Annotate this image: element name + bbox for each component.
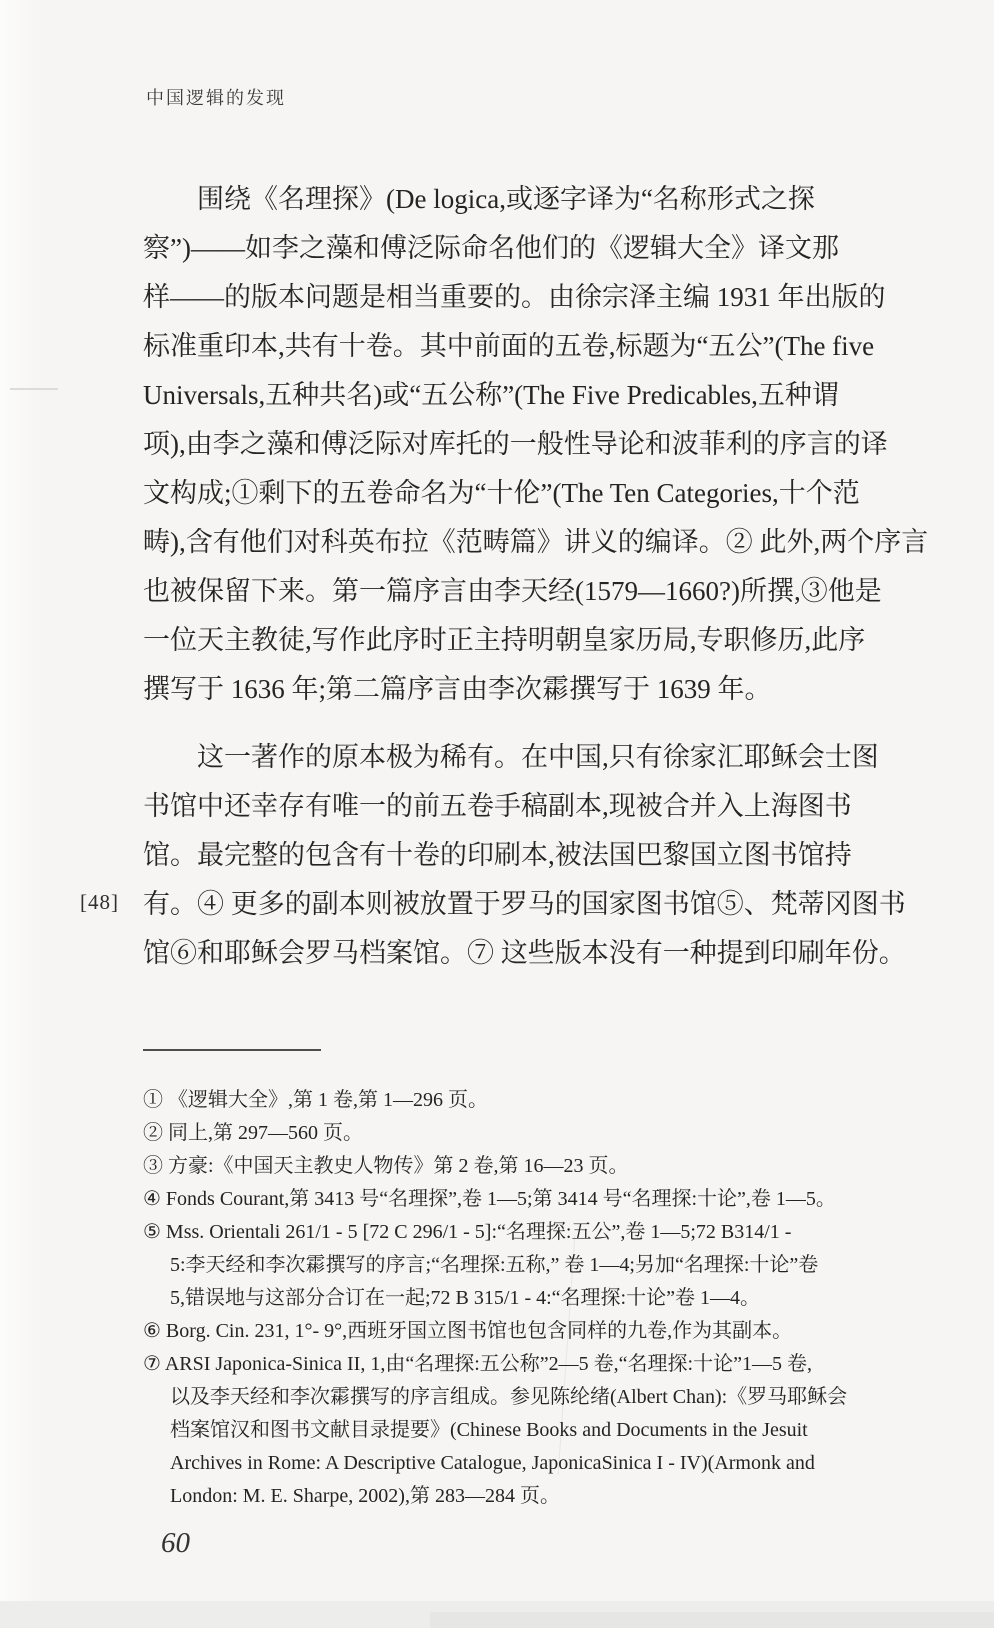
body-line: 标准重印本,共有十卷。其中前面的五卷,标题为“五公”(The five: [143, 322, 883, 371]
footnote-line: ② 同上,第 297—560 页。: [143, 1117, 895, 1150]
running-header: 中国逻辑的发现: [146, 84, 286, 110]
footnote-line: ⑦ ARSI Japonica-Sinica II, 1,由“名理探:五公称”2…: [143, 1348, 895, 1381]
footnote-line: Archives in Rome: A Descriptive Catalogu…: [143, 1447, 895, 1480]
footnote-line: 5:李天经和李次霦撰写的序言;“名理探:五称,” 卷 1—4;另加“名理探:十论…: [143, 1249, 895, 1282]
body-line: Universals,五种共名)或“五公称”(The Five Predicab…: [143, 371, 883, 420]
footnote-line: ⑥ Borg. Cin. 231, 1°- 9°,西班牙国立图书馆也包含同样的九…: [143, 1315, 895, 1348]
body-line: 有。④ 更多的副本则被放置于罗马的国家图书馆⑤、梵蒂冈图书: [143, 880, 883, 929]
footnote-line: London: M. E. Sharpe, 2002),第 283—284 页。: [143, 1480, 895, 1513]
footnote-line: ① 《逻辑大全》,第 1 卷,第 1—296 页。: [143, 1084, 895, 1117]
body-line: 围绕《名理探》(De logica,或逐字译为“名称形式之探: [143, 175, 883, 224]
body-line: 馆⑥和耶稣会罗马档案馆。⑦ 这些版本没有一种提到印刷年份。: [143, 929, 883, 978]
book-page: 中国逻辑的发现 围绕《名理探》(De logica,或逐字译为“名称形式之探 察…: [0, 0, 994, 1628]
footnotes-block: ① 《逻辑大全》,第 1 卷,第 1—296 页。 ② 同上,第 297—560…: [143, 1084, 895, 1513]
footnote-line: ④ Fonds Courant,第 3413 号“名理探”,卷 1—5;第 34…: [143, 1183, 895, 1216]
body-line: 书馆中还幸存有唯一的前五卷手稿副本,现被合并入上海图书: [143, 782, 883, 831]
body-line: 一位天主教徒,写作此序时正主持明朝皇家历局,专职修历,此序: [143, 616, 883, 665]
margin-page-marker: [48]: [80, 890, 119, 915]
body-line: 馆。最完整的包含有十卷的印刷本,被法国巴黎国立图书馆持: [143, 831, 883, 880]
body-line: 项),由李之藻和傅泛际对库托的一般性导论和波菲利的序言的译: [143, 420, 883, 469]
body-line: 撰写于 1636 年;第二篇序言由李次霦撰写于 1639 年。: [143, 665, 883, 714]
body-line: 样——的版本问题是相当重要的。由徐宗泽主编 1931 年出版的: [143, 273, 883, 322]
scan-bottom-band: [0, 1601, 994, 1628]
paragraph-2: 这一著作的原本极为稀有。在中国,只有徐家汇耶稣会士图 书馆中还幸存有唯一的前五卷…: [143, 733, 883, 978]
scan-bottom-band-dark: [430, 1612, 994, 1628]
footnote-line: 5,错误地与这部分合订在一起;72 B 315/1 - 4:“名理探:十论”卷 …: [143, 1282, 895, 1315]
body-line: 这一著作的原本极为稀有。在中国,只有徐家汇耶稣会士图: [143, 733, 883, 782]
footnote-line: 档案馆汉和图书文献目录提要》(Chinese Books and Documen…: [143, 1414, 895, 1447]
body-line: 察”)——如李之藻和傅泛际命名他们的《逻辑大全》译文那: [143, 224, 883, 273]
body-line: 也被保留下来。第一篇序言由李天经(1579—1660?)所撰,③他是: [143, 567, 883, 616]
footnote-separator: [143, 1049, 321, 1051]
scan-artifact-dash: [10, 388, 58, 390]
footnote-line: 以及李天经和李次霦撰写的序言组成。参见陈纶绪(Albert Chan):《罗马耶…: [143, 1381, 895, 1414]
paragraph-1: 围绕《名理探》(De logica,或逐字译为“名称形式之探 察”)——如李之藻…: [143, 175, 883, 714]
body-line: 畴),含有他们对科英布拉《范畴篇》讲义的编译。② 此外,两个序言: [143, 518, 883, 567]
page-number: 60: [161, 1527, 190, 1560]
body-line: 文构成;①剩下的五卷命名为“十伦”(The Ten Categories,十个范: [143, 469, 883, 518]
footnote-line: ③ 方豪:《中国天主教史人物传》第 2 卷,第 16—23 页。: [143, 1150, 895, 1183]
footnote-line: ⑤ Mss. Orientali 261/1 - 5 [72 C 296/1 -…: [143, 1216, 895, 1249]
scan-edge-shading: [0, 0, 42, 1628]
